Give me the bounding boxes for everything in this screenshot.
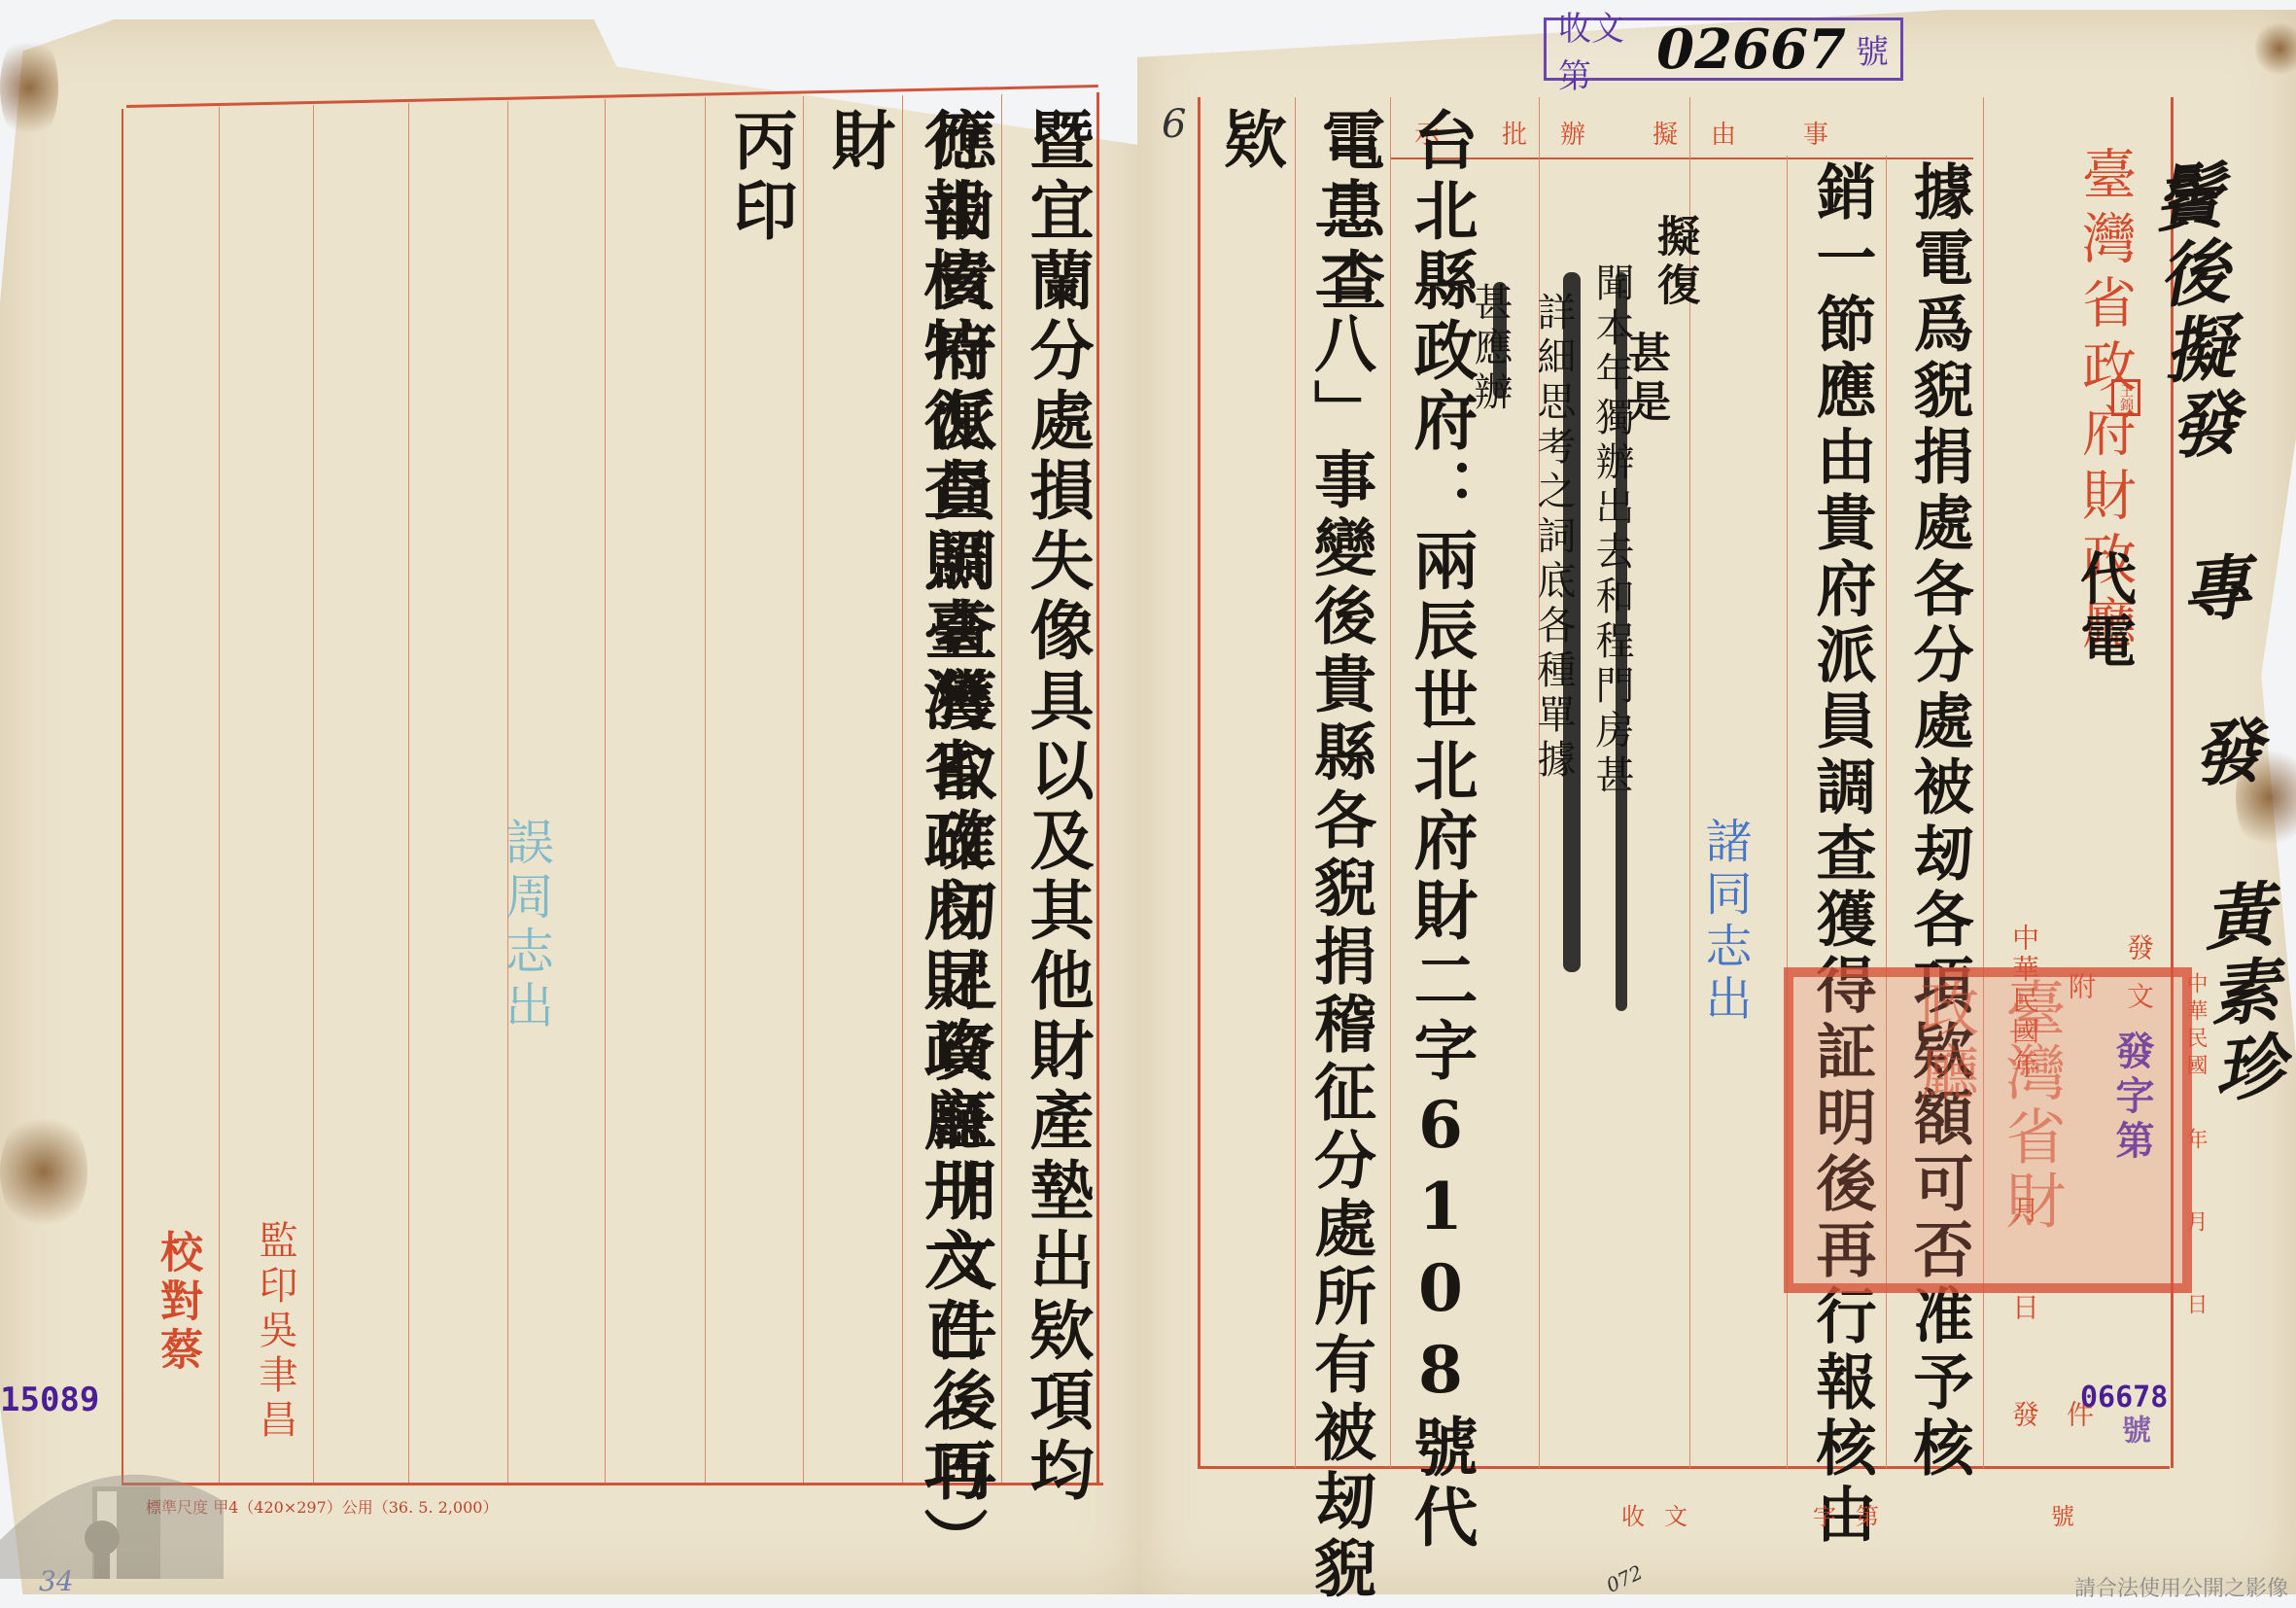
purple-issue-suffix: 號 — [2111, 1415, 2154, 1450]
strikethrough-line — [1616, 272, 1627, 1011]
purple-serial-number: 15089 — [0, 1381, 99, 1419]
subject-column-2: 銷一節應由貴府派員調查獲得証明後再行報核由 — [1798, 160, 1885, 1549]
usage-watermark: 請合法使用公開之影像 — [2074, 1572, 2288, 1602]
received-suffix: 號 — [1856, 25, 1889, 73]
annotation-nifu: 擬復 — [1643, 214, 1705, 311]
grid-left-border — [1198, 97, 1200, 1468]
body-column-6: 丙印 — [714, 107, 807, 247]
purple-issue-stamp: 發字第 — [2105, 1031, 2160, 1165]
issue-date-day: 日 — [2004, 1293, 2043, 1326]
grid-left-border — [122, 109, 123, 1484]
small-red-seal: 王錦 — [2111, 379, 2140, 416]
issue-label-fa: 發 — [2004, 1400, 2043, 1433]
column-rule — [313, 105, 314, 1483]
burn-mark — [0, 1108, 87, 1235]
blue-annotation-left: 誤周志出 — [491, 817, 561, 1034]
received-number-stamp: 收文第 02667 號 — [1544, 17, 1903, 81]
body-column-5: 行報核特復查照臺灣省政府財政廳卅六已（巧）財 — [813, 107, 997, 1608]
column-rule — [605, 99, 606, 1483]
header-ban: 辦 — [1560, 115, 1585, 151]
footer-shouwen: 收文 — [1621, 1497, 1707, 1531]
footer-zidi: 字第 — [1813, 1497, 1898, 1531]
header-shi-matter: 事 — [1803, 115, 1828, 151]
footer-hao: 號 — [2051, 1497, 2074, 1531]
strikethrough-line — [1493, 282, 1507, 399]
column-rule — [408, 103, 409, 1483]
margin-date-day: 日 — [2180, 1293, 2210, 1320]
body-column-2: 「二二八」事變後貴縣各貎捐稽征分處所有被刼貎欵 — [1205, 107, 1384, 1608]
column-rule — [219, 107, 220, 1483]
received-label: 收文第 — [1558, 2, 1647, 97]
seal-supervisor-stamp: 監印吳聿昌 — [248, 1220, 303, 1444]
blue-annotation: 諸同志出 — [1691, 817, 1758, 1027]
purple-issue-number: 06678 — [2080, 1381, 2168, 1415]
burn-mark — [2255, 19, 2296, 78]
header-pi: 批 — [1502, 115, 1527, 151]
column-rule — [705, 97, 706, 1483]
received-number: 02667 — [1656, 17, 1846, 82]
annotation-col-3: 聞本年獨辦出去和程門房甚 — [1584, 262, 1640, 799]
pencil-page-number: 6 — [1162, 102, 1186, 147]
proofread-stamp: 校對蔡 — [146, 1230, 208, 1376]
body-column-3: 暨宜蘭分處損失像具以及其他財產墊出欵項均 — [1011, 107, 1103, 1507]
column-rule — [803, 96, 804, 1483]
strikethrough-line — [1563, 272, 1581, 972]
archive-logo-icon — [0, 1433, 224, 1579]
column-rule — [507, 101, 508, 1483]
burn-mark — [0, 29, 58, 146]
header-you: 由 — [1711, 115, 1736, 151]
doc-type-label: 代電 — [2063, 549, 2144, 674]
header-ni: 擬 — [1652, 115, 1678, 151]
